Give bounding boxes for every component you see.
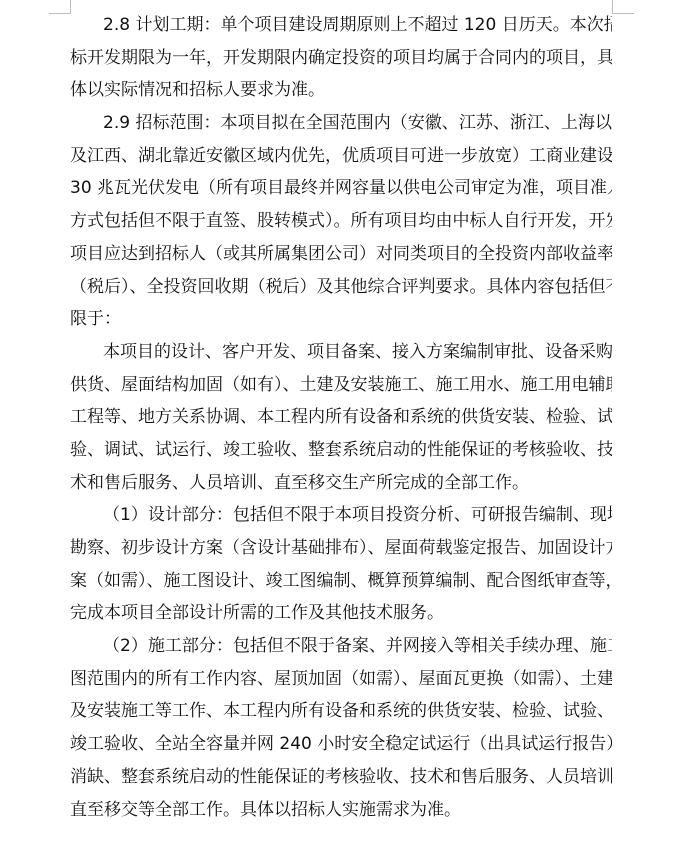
text-line: 及安装施工等工作、本工程内所有设备和系统的供货安装、检验、试验、 [70, 695, 612, 728]
page-corner-mark-top-left [49, 0, 71, 14]
text-line: 供货、屋面结构加固（如有）、土建及安装施工、施工用水、施工用电辅助 [70, 369, 612, 402]
text-line: 2.9 招标范围：本项目拟在全国范围内（安徽、江苏、浙江、上海以 [70, 107, 612, 140]
text-line: 30 兆瓦光伏发电（所有项目最终并网容量以供电公司审定为准，项目准入 [70, 172, 612, 205]
paragraph-scope-overview: 本项目的设计、客户开发、项目备案、接入方案编制审批、设备采购 供货、屋面结构加固… [70, 336, 612, 499]
text-line: 工程等、地方关系协调、本工程内所有设备和系统的供货安装、检验、试 [70, 401, 612, 434]
text-line: 勘察、初步设计方案（含设计基础排布）、屋面荷载鉴定报告、加固设计方 [70, 532, 612, 565]
text-line: 体以实际情况和招标人要求为准。 [70, 74, 612, 107]
text-line: 2.8 计划工期：单个项目建设周期原则上不超过 120 日历天。本次招 [70, 9, 612, 42]
text-line: 术和售后服务、人员培训、直至移交生产所完成的全部工作。 [70, 467, 612, 500]
paragraph-design-part: （1）设计部分：包括但不限于本项目投资分析、可研报告编制、现场 勘察、初步设计方… [70, 499, 612, 630]
text-line: 方式包括但不限于直签、股转模式）。所有项目均由中标人自行开发，开发 [70, 205, 612, 238]
text-line: 直至移交等全部工作。具体以招标人实施需求为准。 [70, 794, 612, 827]
page-corner-mark-top-right [612, 0, 634, 14]
text-line: 限于： [70, 303, 612, 336]
text-line: 标开发期限为一年，开发期限内确定投资的项目均属于合同内的项目，具 [70, 42, 612, 75]
text-line: 竣工验收、全站全容量并网 240 小时安全稳定试运行（出具试运行报告）、 [70, 728, 612, 761]
text-line: （2）施工部分：包括但不限于备案、并网接入等相关手续办理、施工 [70, 630, 612, 663]
text-line: 消缺、整套系统启动的性能保证的考核验收、技术和售后服务、人员培训、 [70, 761, 612, 794]
paragraph-construction-part: （2）施工部分：包括但不限于备案、并网接入等相关手续办理、施工 图范围内的所有工… [70, 630, 612, 826]
document-page: 2.8 计划工期：单个项目建设周期原则上不超过 120 日历天。本次招 标开发期… [70, 9, 612, 826]
text-line: 本项目的设计、客户开发、项目备案、接入方案编制审批、设备采购 [70, 336, 612, 369]
text-line: 案（如需）、施工图设计、竣工图编制、概算预算编制、配合图纸审查等， [70, 565, 612, 598]
text-line: 图范围内的所有工作内容、屋顶加固（如需）、屋面瓦更换（如需）、土建 [70, 663, 612, 696]
paragraph-section-2-8: 2.8 计划工期：单个项目建设周期原则上不超过 120 日历天。本次招 标开发期… [70, 9, 612, 107]
text-line: 完成本项目全部设计所需的工作及其他技术服务。 [70, 597, 612, 630]
text-line: 及江西、湖北靠近安徽区域内优先，优质项目可进一步放宽）工商业建设 [70, 140, 612, 173]
paragraph-section-2-9: 2.9 招标范围：本项目拟在全国范围内（安徽、江苏、浙江、上海以 及江西、湖北靠… [70, 107, 612, 336]
text-line: （1）设计部分：包括但不限于本项目投资分析、可研报告编制、现场 [70, 499, 612, 532]
text-line: 项目应达到招标人（或其所属集团公司）对同类项目的全投资内部收益率 [70, 238, 612, 271]
text-line: 验、调试、试运行、竣工验收、整套系统启动的性能保证的考核验收、技 [70, 434, 612, 467]
text-line: （税后）、全投资回收期（税后）及其他综合评判要求。具体内容包括但不 [70, 271, 612, 304]
